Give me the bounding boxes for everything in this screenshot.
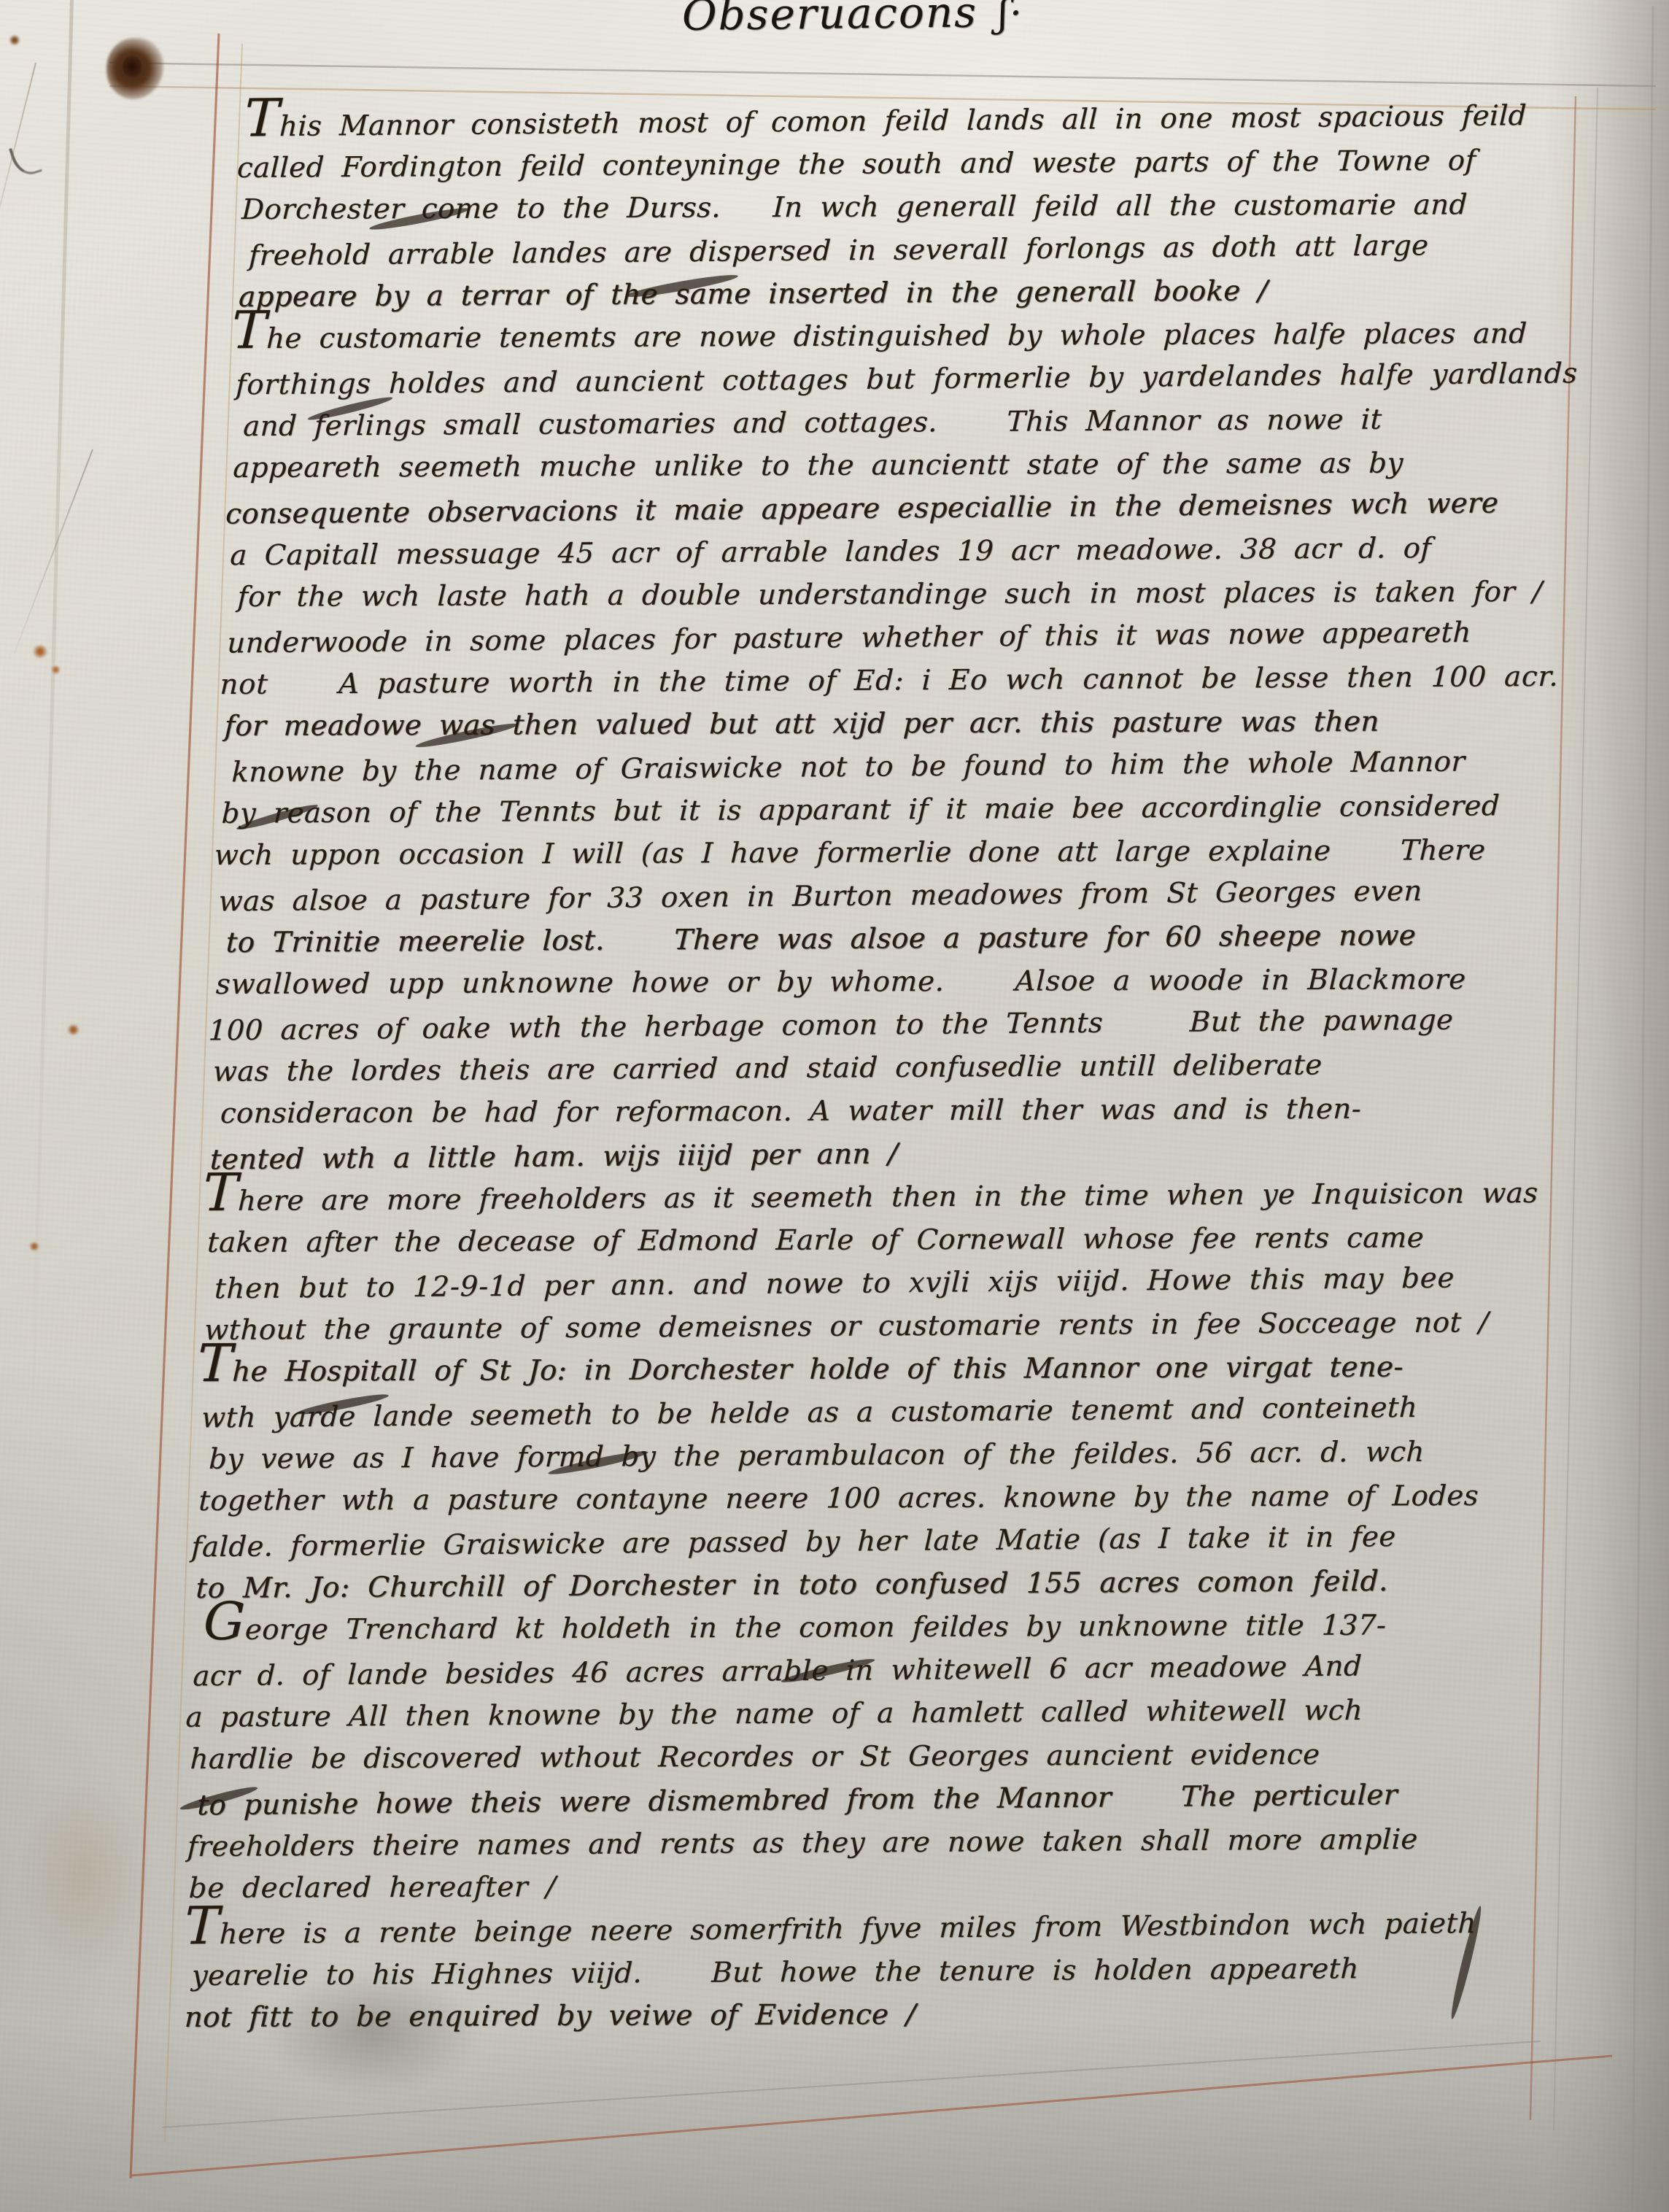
page-title: Obseruaconsʃ· (682, 0, 1193, 39)
manuscript-text: This Mannor consisteth most of comon fei… (181, 96, 1603, 2041)
page-title-text: Obseruacons (682, 0, 978, 40)
title-flourish: ʃ· (977, 0, 1023, 36)
manuscript-line: not fitt to be enquired by veiwe of Evid… (184, 1991, 1539, 2039)
manuscript-scan: Obseruaconsʃ· This Mannor consisteth mos… (0, 0, 1669, 2212)
